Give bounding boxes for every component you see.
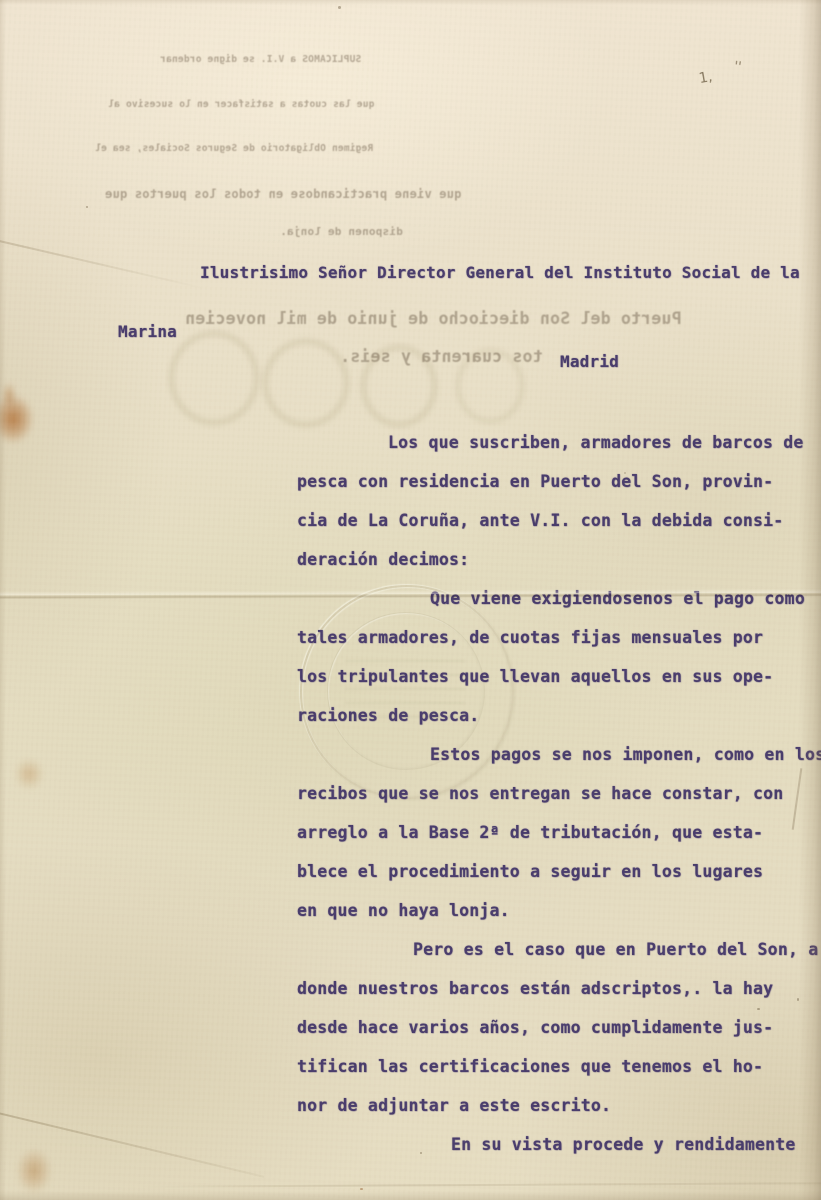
typed-line: Ilustrisimo Señor Director General del I…	[200, 265, 800, 281]
typed-line: Pero es el caso que en Puerto del Son, a	[413, 942, 818, 959]
paper-speck	[420, 1152, 422, 1154]
bleed-through-line: que viene practicandose en todos los pue…	[105, 188, 461, 200]
typed-line: pesca con residencia en Puerto del Son, …	[297, 474, 773, 491]
bleed-through-line: que las cuotas a satisfacer en lo sucesi…	[108, 100, 374, 110]
typed-line: nor de adjuntar a este escrito.	[297, 1098, 611, 1115]
stain	[16, 1148, 52, 1194]
typed-line: donde nuestros barcos están adscriptos,.…	[297, 981, 773, 998]
ghost-stamp-artifact	[262, 338, 350, 428]
typed-line: Marina	[118, 324, 177, 340]
bleed-through-line: tos cuarenta y seis.	[340, 349, 543, 366]
paper-speck	[86, 206, 88, 208]
corner-crease	[0, 1108, 264, 1178]
typed-line: Que viene exigiendosenos el pago como	[430, 591, 805, 608]
typed-line: raciones de pesca.	[297, 708, 479, 725]
bleed-through-line: Puerto del Son dieciocho de junio de mil…	[185, 311, 682, 328]
bleed-through-line: disponen de lonja.	[280, 226, 403, 237]
paper-speck	[757, 1008, 760, 1010]
typed-line: los tripulantes que llevan aquellos en s…	[297, 669, 773, 686]
typed-line: Madrid	[560, 354, 619, 370]
typed-line: recibos que se nos entregan se hace cons…	[297, 786, 783, 803]
typed-line: desde hace varios años, como cumplidamen…	[297, 1020, 773, 1037]
stain	[14, 758, 44, 790]
pencil-mark: 1,	[698, 69, 714, 87]
typed-line: deración decimos:	[297, 552, 469, 569]
typed-line: Estos pagos se nos imponen, como en los	[430, 747, 821, 764]
typed-line: blece el procedimiento a seguir en los l…	[297, 864, 763, 881]
paper-speck	[338, 6, 341, 9]
letter-page: SUPLICAMOS a V.I. se digne ordenarque la…	[0, 0, 821, 1200]
edge-crease	[792, 768, 803, 830]
bleed-through-line: SUPLICAMOS a V.I. se digne ordenar	[160, 55, 361, 65]
paper-speck	[360, 1188, 363, 1190]
corner-crease	[0, 237, 204, 290]
stain	[2, 382, 16, 408]
typed-line: en que no haya lonja.	[297, 903, 510, 920]
bottom-crease	[140, 1182, 821, 1188]
typed-line: tales armadores, de cuotas fijas mensual…	[297, 630, 763, 647]
embossed-seal-outer-ring	[300, 585, 514, 799]
typed-line: cia de La Coruña, ante V.I. con la debid…	[297, 513, 783, 530]
typed-line: arreglo a la Base 2ª de tributación, que…	[297, 825, 763, 842]
typed-line: En su vista procede y rendidamente	[451, 1137, 796, 1154]
paper-speck	[797, 998, 799, 1001]
typed-line: Los que suscriben, armadores de barcos d…	[388, 435, 804, 452]
typed-line: tifican las certificaciones que tenemos …	[297, 1059, 763, 1076]
paper-speck	[624, 472, 626, 474]
ghost-stamp-artifact	[168, 330, 260, 426]
bleed-through-line: Regimen Obligatorio de Seguros Sociales,…	[95, 144, 373, 154]
stain	[0, 394, 34, 444]
pencil-mark: ''	[733, 60, 742, 76]
